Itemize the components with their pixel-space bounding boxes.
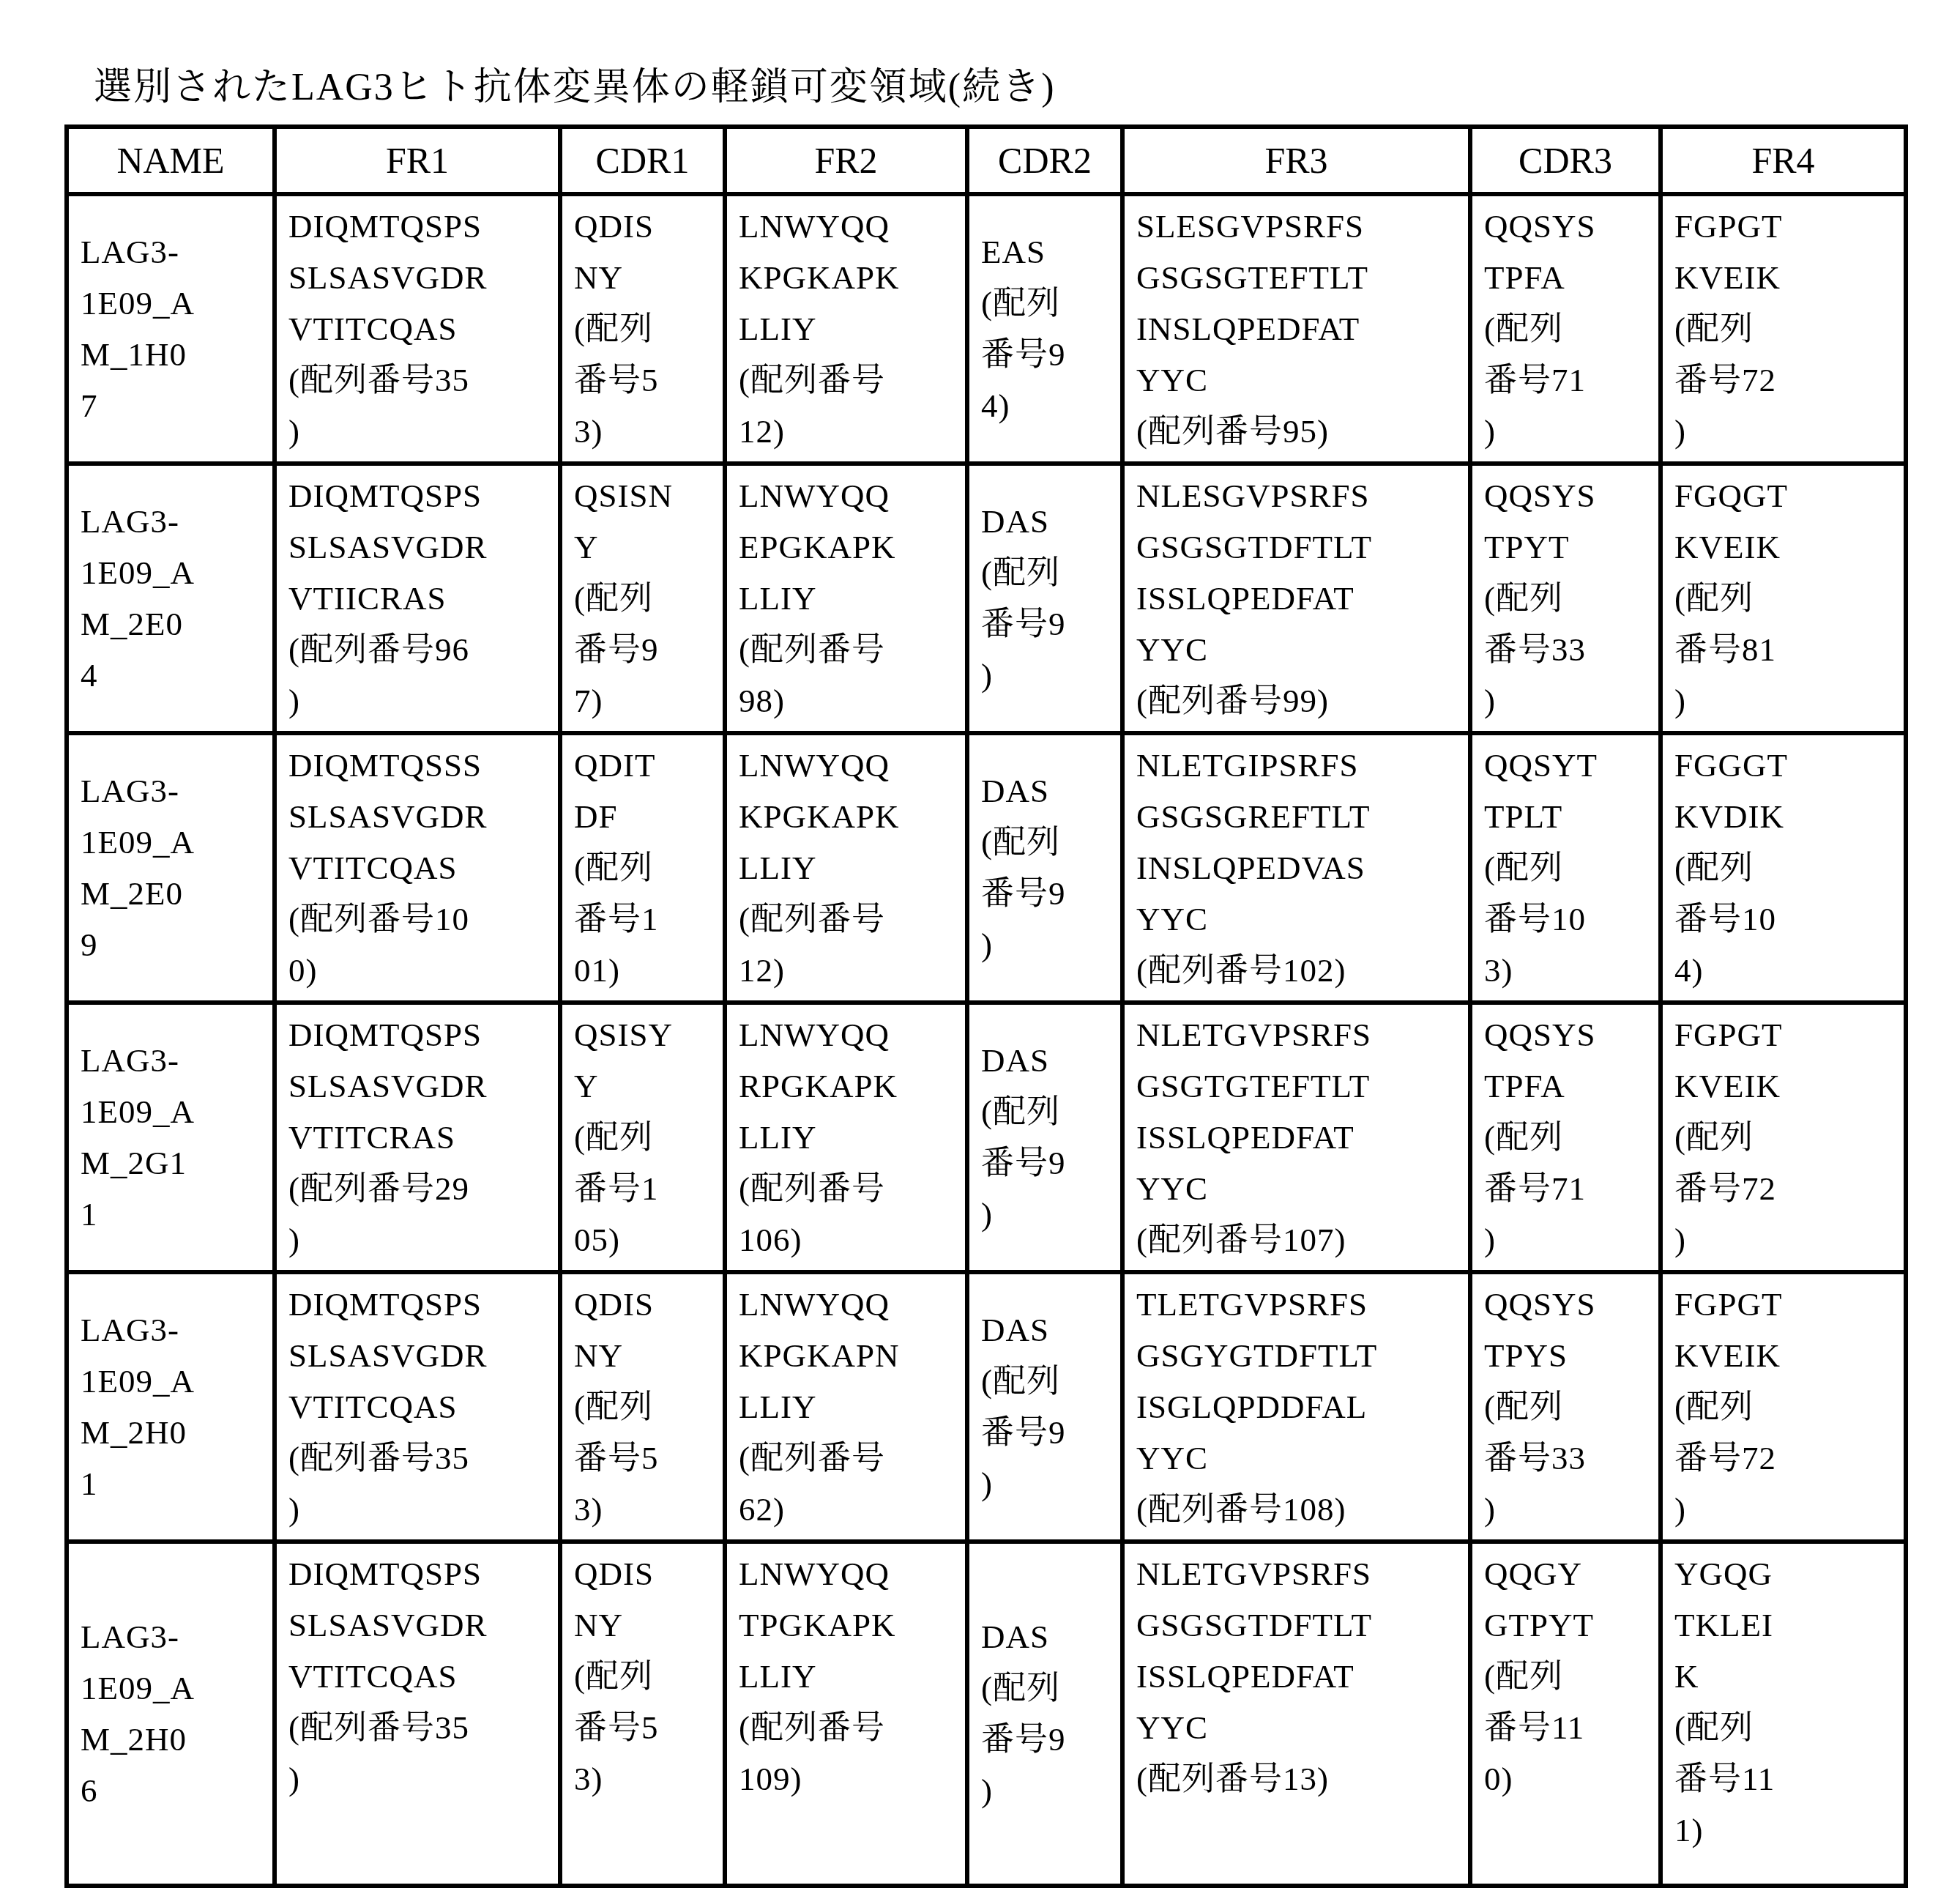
cell-name: LAG3- 1E09_A M_2E0 4	[67, 464, 275, 733]
cell-fr2: LNWYQQ EPGKAPK LLIY (配列番号 98)	[725, 464, 967, 733]
cell-fr1: DIQMTQSPS SLSASVGDR VTITCRAS (配列番号29 )	[275, 1003, 560, 1272]
cell-cdr1: QDIS NY (配列 番号5 3)	[560, 194, 725, 464]
patent-page: 選別されたLAG3ヒト抗体変異体の軽鎖可変領域(続き) NAME FR1 CDR…	[0, 0, 1960, 1887]
cell-fr1: DIQMTQSSS SLSASVGDR VTITCQAS (配列番号10 0)	[275, 733, 560, 1003]
table-header-row: NAME FR1 CDR1 FR2 CDR2 FR3 CDR3 FR4	[67, 127, 1906, 194]
column-header-cdr3: CDR3	[1470, 127, 1661, 194]
cell-cdr2: DAS (配列 番号9 )	[967, 1003, 1122, 1272]
cell-name: LAG3- 1E09_A M_2H0 6	[67, 1542, 275, 1886]
cell-fr3: NLETGVPSRFS GSGTGTEFTLT ISSLQPEDFAT YYC …	[1122, 1003, 1470, 1272]
cell-fr1: DIQMTQSPS SLSASVGDR VTIICRAS (配列番号96 )	[275, 464, 560, 733]
cell-cdr3: QQSYT TPLT (配列 番号10 3)	[1470, 733, 1661, 1003]
cell-name: LAG3- 1E09_A M_2E0 9	[67, 733, 275, 1003]
cell-fr1: DIQMTQSPS SLSASVGDR VTITCQAS (配列番号35 )	[275, 1542, 560, 1886]
cell-cdr3: QQSYS TPFA (配列 番号71 )	[1470, 1003, 1661, 1272]
cell-cdr3: QQGY GTPYT (配列 番号11 0)	[1470, 1542, 1661, 1886]
cell-fr3: TLETGVPSRFS GSGYGTDFTLT ISGLQPDDFAL YYC …	[1122, 1272, 1470, 1542]
cell-fr4: YGQG TKLEI K (配列 番号11 1)	[1661, 1542, 1906, 1886]
cell-cdr1: QDIS NY (配列 番号5 3)	[560, 1542, 725, 1886]
cell-fr3: NLETGVPSRFS GSGSGTDFTLT ISSLQPEDFAT YYC …	[1122, 1542, 1470, 1886]
table-row: LAG3- 1E09_A M_2E0 9 DIQMTQSSS SLSASVGDR…	[67, 733, 1906, 1003]
cell-cdr2: DAS (配列 番号9 )	[967, 464, 1122, 733]
table-row: LAG3- 1E09_A M_1H0 7 DIQMTQSPS SLSASVGDR…	[67, 194, 1906, 464]
column-header-fr3: FR3	[1122, 127, 1470, 194]
cell-cdr3: QQSYS TPFA (配列 番号71 )	[1470, 194, 1661, 464]
column-header-fr1: FR1	[275, 127, 560, 194]
cell-fr4: FGGGT KVDIK (配列 番号10 4)	[1661, 733, 1906, 1003]
page-title: 選別されたLAG3ヒト抗体変異体の軽鎖可変領域(続き)	[94, 56, 1056, 111]
cell-fr2: LNWYQQ KPGKAPN LLIY (配列番号 62)	[725, 1272, 967, 1542]
cell-cdr2: EAS (配列 番号9 4)	[967, 194, 1122, 464]
cell-cdr3: QQSYS TPYT (配列 番号33 )	[1470, 464, 1661, 733]
column-header-fr4: FR4	[1661, 127, 1906, 194]
cell-fr4: FGPGT KVEIK (配列 番号72 )	[1661, 194, 1906, 464]
cell-fr4: FGPGT KVEIK (配列 番号72 )	[1661, 1003, 1906, 1272]
cell-fr2: LNWYQQ TPGKAPK LLIY (配列番号 109)	[725, 1542, 967, 1886]
cell-fr1: DIQMTQSPS SLSASVGDR VTITCQAS (配列番号35 )	[275, 1272, 560, 1542]
cell-cdr1: QDIT DF (配列 番号1 01)	[560, 733, 725, 1003]
cell-cdr2: DAS (配列 番号9 )	[967, 733, 1122, 1003]
cell-fr1: DIQMTQSPS SLSASVGDR VTITCQAS (配列番号35 )	[275, 194, 560, 464]
cell-cdr2: DAS (配列 番号9 )	[967, 1272, 1122, 1542]
cell-name: LAG3- 1E09_A M_2H0 1	[67, 1272, 275, 1542]
table-row: LAG3- 1E09_A M_2H0 1 DIQMTQSPS SLSASVGDR…	[67, 1272, 1906, 1542]
cell-fr2: LNWYQQ KPGKAPK LLIY (配列番号 12)	[725, 733, 967, 1003]
cell-fr3: NLETGIPSRFS GSGSGREFTLT INSLQPEDVAS YYC …	[1122, 733, 1470, 1003]
cell-cdr1: QDIS NY (配列 番号5 3)	[560, 1272, 725, 1542]
cell-cdr3: QQSYS TPYS (配列 番号33 )	[1470, 1272, 1661, 1542]
table-row: LAG3- 1E09_A M_2G1 1 DIQMTQSPS SLSASVGDR…	[67, 1003, 1906, 1272]
cell-fr4: FGPGT KVEIK (配列 番号72 )	[1661, 1272, 1906, 1542]
cell-name: LAG3- 1E09_A M_2G1 1	[67, 1003, 275, 1272]
column-header-name: NAME	[67, 127, 275, 194]
cell-cdr1: QSISN Y (配列 番号9 7)	[560, 464, 725, 733]
cell-fr2: LNWYQQ KPGKAPK LLIY (配列番号 12)	[725, 194, 967, 464]
cell-name: LAG3- 1E09_A M_1H0 7	[67, 194, 275, 464]
cell-cdr1: QSISY Y (配列 番号1 05)	[560, 1003, 725, 1272]
cell-fr4: FGQGT KVEIK (配列 番号81 )	[1661, 464, 1906, 733]
cell-fr3: NLESGVPSRFS GSGSGTDFTLT ISSLQPEDFAT YYC …	[1122, 464, 1470, 733]
table-row: LAG3- 1E09_A M_2E0 4 DIQMTQSPS SLSASVGDR…	[67, 464, 1906, 733]
column-header-cdr2: CDR2	[967, 127, 1122, 194]
table-row: LAG3- 1E09_A M_2H0 6 DIQMTQSPS SLSASVGDR…	[67, 1542, 1906, 1886]
cell-cdr2: DAS (配列 番号9 )	[967, 1542, 1122, 1886]
sequence-table: NAME FR1 CDR1 FR2 CDR2 FR3 CDR3 FR4 LAG3…	[64, 124, 1908, 1888]
column-header-fr2: FR2	[725, 127, 967, 194]
cell-fr2: LNWYQQ RPGKAPK LLIY (配列番号 106)	[725, 1003, 967, 1272]
column-header-cdr1: CDR1	[560, 127, 725, 194]
cell-fr3: SLESGVPSRFS GSGSGTEFTLT INSLQPEDFAT YYC …	[1122, 194, 1470, 464]
